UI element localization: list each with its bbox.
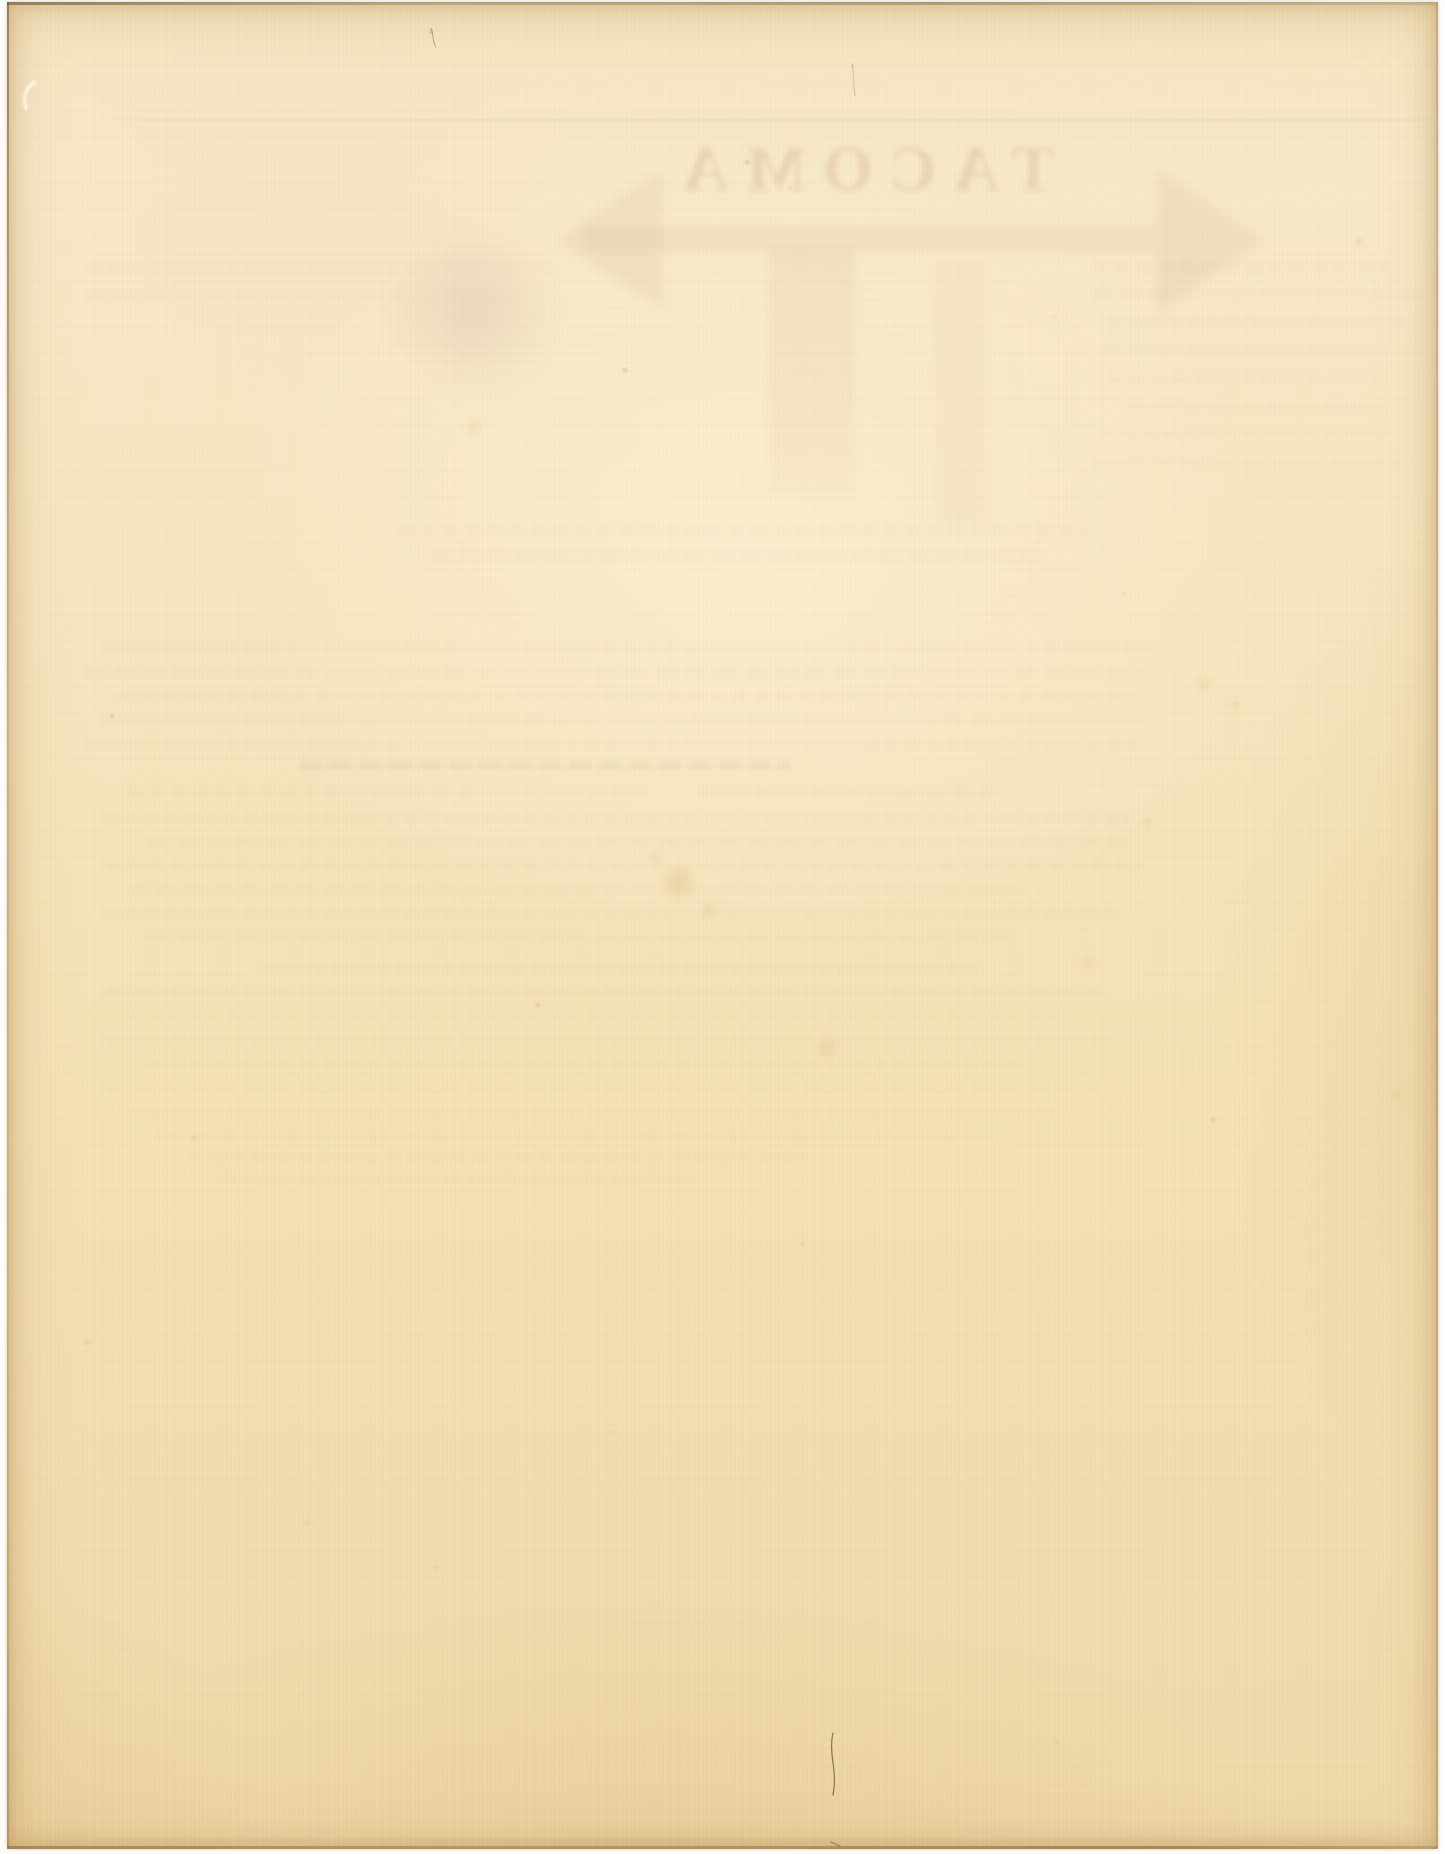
foxing-spot [743,158,751,166]
ghost-vertical-rule [935,260,985,522]
ghost-text-line [103,1036,1113,1044]
foxing-spot [1052,314,1058,320]
foxing-spot [811,1032,843,1064]
ghost-text-line [1092,458,1400,466]
ghost-text-line [157,1132,997,1140]
bleedthrough-layer: TACOMA [7,2,1438,1849]
foxing-spot [1209,1116,1217,1124]
ghost-text-line [1092,290,1430,298]
grey-smudge-stain [345,184,600,439]
ghost-text-line [399,526,1087,535]
ghost-text-line [147,838,1127,846]
ghost-text-line [147,934,1007,942]
ghost-banner-bar [583,226,1157,252]
ghost-arrow-right-icon [1157,168,1263,312]
foxing-spot [646,849,664,867]
ghost-text-line [103,1084,1103,1092]
hair-scratch [831,1842,840,1846]
ghost-text-line [103,644,1153,652]
foxing-spot [621,366,629,374]
foxing-spot [1228,697,1242,711]
ghost-letter-t-stem [769,248,855,500]
ghost-text-line [85,740,1137,748]
ghost-text-line [147,1060,1027,1068]
paper-edge-right [1436,2,1438,1849]
ghost-text-line [1102,430,1390,438]
ghost-tacoma-text: TACOMA [623,126,1097,212]
ghost-text-line [431,551,1041,560]
ghost-text-line [299,760,791,770]
ghost-text-line [1127,402,1382,410]
ghost-text-line [127,886,1027,894]
ghost-text-line [103,862,1143,870]
foxing-spot [1077,952,1097,972]
foxing-spot [609,1429,615,1435]
corner-curl-mark [17,72,72,127]
foxing-spot [851,64,855,68]
ghost-arrow-left-icon [555,170,663,310]
foxing-spot [109,713,115,719]
foxing-spot [1388,1086,1406,1104]
foxing-spot [1139,814,1155,830]
ghost-text-line [85,264,555,272]
paper-edge-top [7,2,1438,5]
ghost-text-line [103,716,1143,724]
scratch-marks [7,2,1445,1854]
foxing-spot [1351,234,1367,250]
foxing-spot [432,1563,442,1573]
foxing-spot [1054,1739,1060,1745]
foxing-spot [299,1514,315,1530]
paper-crease [102,119,1445,121]
foxing-spot [697,898,721,922]
hair-scratch [852,64,855,96]
hair-scratch [431,28,436,47]
paper-page: TACOMA [7,2,1438,1849]
ghost-text-line [103,988,1103,996]
paper-edge-bottom [7,1846,1438,1849]
ghost-text-line [127,788,647,796]
ghost-text-line [127,1012,1067,1020]
ghost-text-line [187,1154,807,1162]
foxing-spot [428,29,434,35]
foxing-spot [463,415,485,437]
ghost-text-line [103,910,1123,918]
foxing-spot [787,185,793,191]
foxing-spot [798,1240,806,1248]
ghost-text-line [265,964,977,973]
ghost-text-line [1107,318,1407,326]
foxing-spot [191,1135,197,1141]
foxing-spot [653,856,705,908]
ghost-text-line [85,668,1145,676]
ghost-text-line [217,1174,697,1182]
ghost-text-line [1107,374,1387,382]
foxing-spot [81,1336,93,1348]
paper-crease [7,1840,1445,1842]
paper-grain-texture [7,2,1438,1849]
ghost-text-line [127,1108,1057,1116]
ghost-text-line [1097,346,1425,354]
ghost-text-line [103,814,1133,822]
ghost-text-line [85,292,515,300]
foxing-spot [1122,592,1126,596]
foxing-spot [1191,672,1215,696]
foxing-spot [534,1001,542,1009]
ghost-text-line [699,788,995,797]
foxing-spot [840,1649,846,1655]
scan-background: TACOMA [0,0,1445,1854]
ghost-text-line [1092,262,1392,270]
paper-edge-vignette [7,2,1438,1849]
paper-edge-left [7,2,9,1849]
ghost-text-line [117,692,1137,700]
hair-scratch [832,1733,835,1795]
